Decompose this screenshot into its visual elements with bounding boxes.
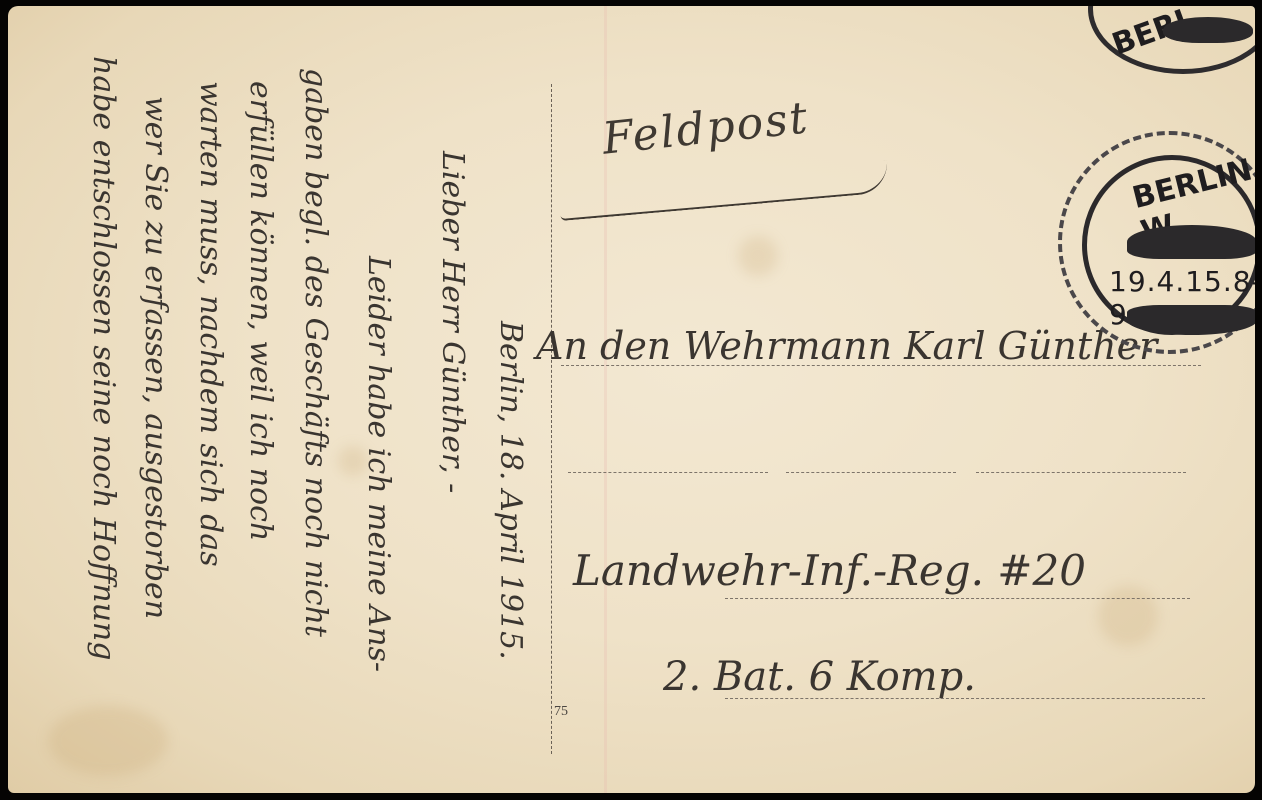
message-line: habe entschlossen seine noch Hoffnung [86,56,121,660]
address-dotted-line [725,698,1205,699]
address-dotted-line [786,472,956,473]
postmark-band [1127,305,1255,335]
postmark-partial: BERL [1088,6,1255,74]
postmark-berlin: BERLIN W 19.4.15.8-9 [1058,131,1255,354]
message-place-date: Berlin, 18. April 1915. [493,321,528,660]
postmark-inner-ring: BERLIN W 19.4.15.8-9 [1082,155,1255,335]
feldpost-underline [558,160,890,221]
message-line: gaben begl. des Geschäfts noch nicht [298,68,333,637]
address-dotted-line [561,365,1201,366]
feldpost-mark: Feldpost [600,92,812,164]
address-dotted-line [976,472,1186,473]
paper-stain [48,706,168,776]
message-line: wer Sie zu erfassen, ausgestorben [138,96,173,619]
printed-card-number: 75 [554,704,568,720]
address-dotted-line [725,598,1190,599]
message-line: Leider habe ich meine Ans- [361,256,396,672]
paper-stain [1098,586,1158,646]
message-line: warten muss, nachdem sich das [193,81,228,567]
address-dotted-line [568,472,768,473]
address-line-regiment: Landwehr-Inf.-Reg. #20 [573,546,1086,595]
postcard: Berlin, 18. April 1915. Lieber Herr Günt… [8,6,1255,793]
address-line-recipient: An den Wehrmann Karl Günther [536,324,1157,368]
message-line: erfüllen können, weil ich noch [243,81,278,541]
message-salutation: Lieber Herr Günther, - [435,151,470,493]
paper-stain [738,236,778,276]
postmark-band [1127,225,1255,259]
address-line-unit: 2. Bat. 6 Komp. [663,654,976,700]
center-divider-line [551,84,552,754]
postmark-band [1163,17,1253,43]
